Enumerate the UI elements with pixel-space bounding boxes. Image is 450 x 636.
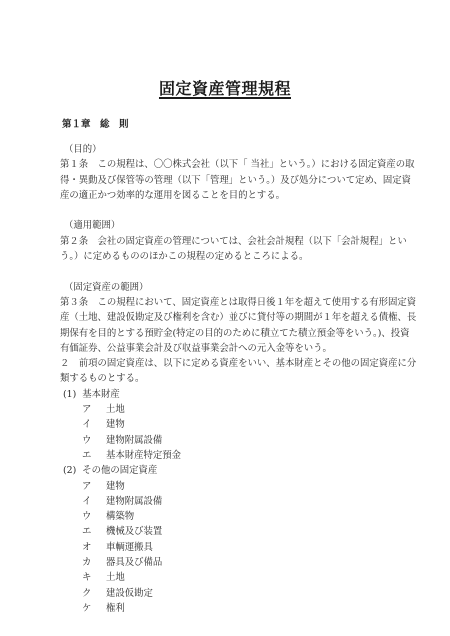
item-text: 土地 [106,572,125,583]
item-marker: キ [82,570,106,585]
item-marker: ウ [82,433,106,448]
item-text: 建物附属設備 [106,496,162,507]
article-text-line: 有価証券、公益事業会計及び収益事業会計への元入金等をいう。 [60,341,400,356]
document-body: （目的） 第１条 この規程は、〇〇株式会社（以下「 当社」という。）における固定… [60,142,400,616]
asset-list-item: ケ権利 [60,601,400,616]
item-text: 建物 [106,481,125,492]
article-text-line: 得・異動及び保管等の管理（以下「管理」という。）及び処分について定め、固定資 [60,173,400,188]
asset-list-item: エ機械及び装置 [60,524,400,539]
paragraph-gap [60,203,400,218]
article-text-line: 産の適正かつ効率的な運用を図ることを目的とする。 [60,188,400,203]
article-1: （目的） 第１条 この規程は、〇〇株式会社（以下「 当社」という。）における固定… [60,142,400,203]
item-marker: エ [82,448,106,463]
item-marker: エ [82,524,106,539]
item-text: 構築物 [106,511,134,522]
asset-list-item: オ車輌運搬具 [60,540,400,555]
asset-list-item: キ土地 [60,570,400,585]
article-caption: （固定資産の範囲） [60,280,400,295]
chapter-heading: 第１章 総 則 [62,118,129,132]
item-marker: ケ [82,601,106,616]
asset-list-item: エ基本財産特定預金 [60,448,400,463]
item-text: 車輌運搬具 [106,542,153,553]
item-marker: ア [82,402,106,417]
article-caption: （目的） [60,142,400,157]
item-marker: ウ [82,509,106,524]
item-marker: イ [82,417,106,432]
item-text: 権利 [106,603,125,614]
article-text-line: ２ 前項の固定資産は、以下に定める資産をいい、基本財産とその他の固定資産に分 [60,356,400,371]
asset-list-item: ア建物 [60,479,400,494]
paragraph-gap [60,264,400,279]
item-marker: ク [82,586,106,601]
item-marker: オ [82,540,106,555]
item-text: 建物 [106,419,125,430]
document-title: 固定資産管理規程 [0,78,450,100]
article-text-line: 第２条 会社の固定資産の管理については、会社会計規程（以下「会計規程」とい [60,234,400,249]
article-caption: （適用範囲） [60,218,400,233]
asset-list-item: ア土地 [60,402,400,417]
article-text-line: 期保有を目的とする預貯金(特定の目的のために積立てた積立預金等をいう。)、投資 [60,326,400,341]
item-text: 建物附属設備 [106,435,162,446]
item-marker: ア [82,479,106,494]
article-3: （固定資産の範囲） 第３条 この規程において、固定資産とは取得日後１年を超えて使… [60,280,400,617]
document-page: 固定資産管理規程 第１章 総 則 （目的） 第１条 この規程は、〇〇株式会社（以… [0,0,450,636]
article-text-line: 第３条 この規程において、固定資産とは取得日後１年を超えて使用する有形固定資 [60,295,400,310]
item-marker: イ [82,494,106,509]
article-text-line: 類するものとする。 [60,371,400,386]
asset-list-item: ウ建物附属設備 [60,433,400,448]
asset-list-item: イ建物 [60,417,400,432]
asset-category-basic: (1) 基本財産 ア土地 イ建物 ウ建物附属設備 エ基本財産特定預金 [60,387,400,463]
item-text: 基本財産特定預金 [106,450,181,461]
asset-list-item: ク建設仮勘定 [60,586,400,601]
article-text-line: う。）に定めるもののほかこの規程の定めるところによる。 [60,249,400,264]
item-text: 建設仮勘定 [106,588,153,599]
asset-category-other: (2) その他の固定資産 ア建物 イ建物附属設備 ウ構築物 エ機械及び装置 オ車… [60,463,400,616]
asset-list-item: カ器具及び備品 [60,555,400,570]
article-text-line: 産（土地、建設仮勘定及び権利を含む）並びに貸付等の期間が１年を超える債権、長 [60,310,400,325]
item-text: 器具及び備品 [106,557,162,568]
asset-list-item: ウ構築物 [60,509,400,524]
category-label: (2) その他の固定資産 [60,463,400,478]
asset-list-item: イ建物附属設備 [60,494,400,509]
article-text-line: 第１条 この規程は、〇〇株式会社（以下「 当社」という。）における固定資産の取 [60,157,400,172]
document-title-text: 固定資産管理規程 [159,79,291,98]
article-2: （適用範囲） 第２条 会社の固定資産の管理については、会社会計規程（以下「会計規… [60,218,400,264]
category-label: (1) 基本財産 [60,387,400,402]
item-text: 土地 [106,404,125,415]
item-marker: カ [82,555,106,570]
item-text: 機械及び装置 [106,526,162,537]
